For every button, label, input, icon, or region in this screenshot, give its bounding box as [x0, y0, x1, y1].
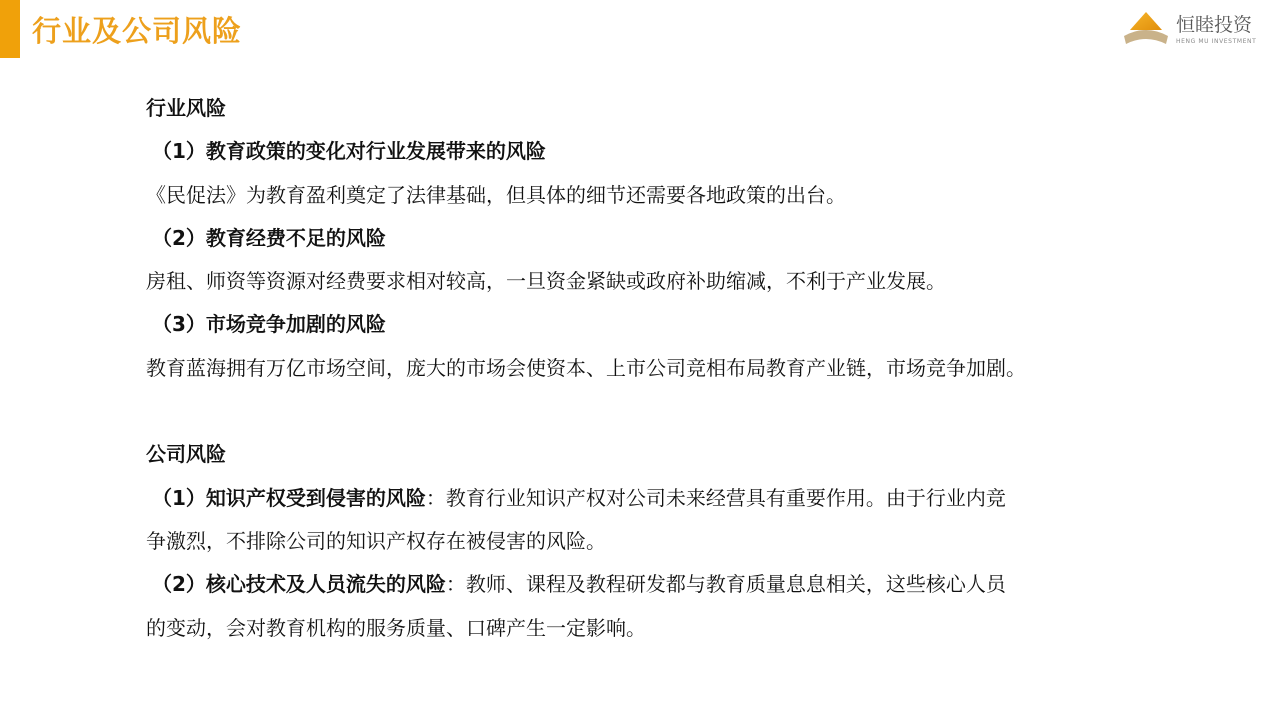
- slide-title: 行业及公司风险: [32, 11, 242, 51]
- industry-risk-item-3-text: 教育蓝海拥有万亿市场空间，庞大的市场会使资本、上市公司竞相布局教育产业链，市场竞…: [146, 347, 1226, 390]
- industry-risk-item-3-label: （3）市场竞争加剧的风险: [146, 303, 1226, 346]
- title-accent-bar: [0, 0, 20, 58]
- company-risk-item-1: （1）知识产权受到侵害的风险：教育行业知识产权对公司未来经营具有重要作用。由于行…: [146, 477, 1226, 520]
- logo-name-cn: 恒睦投资: [1176, 14, 1252, 36]
- company-risk-item-2-label: （2）核心技术及人员流失的风险: [152, 572, 446, 596]
- slide: 行业及公司风险 恒睦投资 HENG MU INVESTMENT 行业风险 （1）…: [0, 0, 1280, 720]
- industry-risk-item-2-label: （2）教育经费不足的风险: [146, 217, 1226, 260]
- company-risk-heading: 公司风险: [146, 433, 1226, 476]
- company-risk-item-1-text: ：教育行业知识产权对公司未来经营具有重要作用。由于行业内竞: [426, 486, 1006, 510]
- mountain-arch-logo-icon: [1120, 10, 1172, 52]
- industry-risk-heading: 行业风险: [146, 87, 1226, 130]
- company-risk-item-2-text: ：教师、课程及教程研发都与教育质量息息相关，这些核心人员: [446, 572, 1006, 596]
- section-spacer: [146, 390, 1226, 433]
- company-risk-item-2-continued: 的变动，会对教育机构的服务质量、口碑产生一定影响。: [146, 607, 1226, 650]
- company-risk-item-1-label: （1）知识产权受到侵害的风险: [152, 486, 426, 510]
- industry-risk-item-1-label: （1）教育政策的变化对行业发展带来的风险: [146, 130, 1226, 173]
- company-risk-item-2: （2）核心技术及人员流失的风险：教师、课程及教程研发都与教育质量息息相关，这些核…: [146, 563, 1226, 606]
- industry-risk-item-2-text: 房租、师资等资源对经费要求相对较高，一旦资金紧缺或政府补助缩减，不利于产业发展。: [146, 260, 1226, 303]
- industry-risk-item-1-text: 《民促法》为教育盈利奠定了法律基础，但具体的细节还需要各地政策的出台。: [146, 174, 1226, 217]
- logo-name-en: HENG MU INVESTMENT: [1176, 38, 1256, 46]
- risk-content: 行业风险 （1）教育政策的变化对行业发展带来的风险 《民促法》为教育盈利奠定了法…: [146, 87, 1226, 650]
- company-logo: 恒睦投资 HENG MU INVESTMENT: [1120, 10, 1270, 52]
- company-risk-item-1-continued: 争激烈，不排除公司的知识产权存在被侵害的风险。: [146, 520, 1226, 563]
